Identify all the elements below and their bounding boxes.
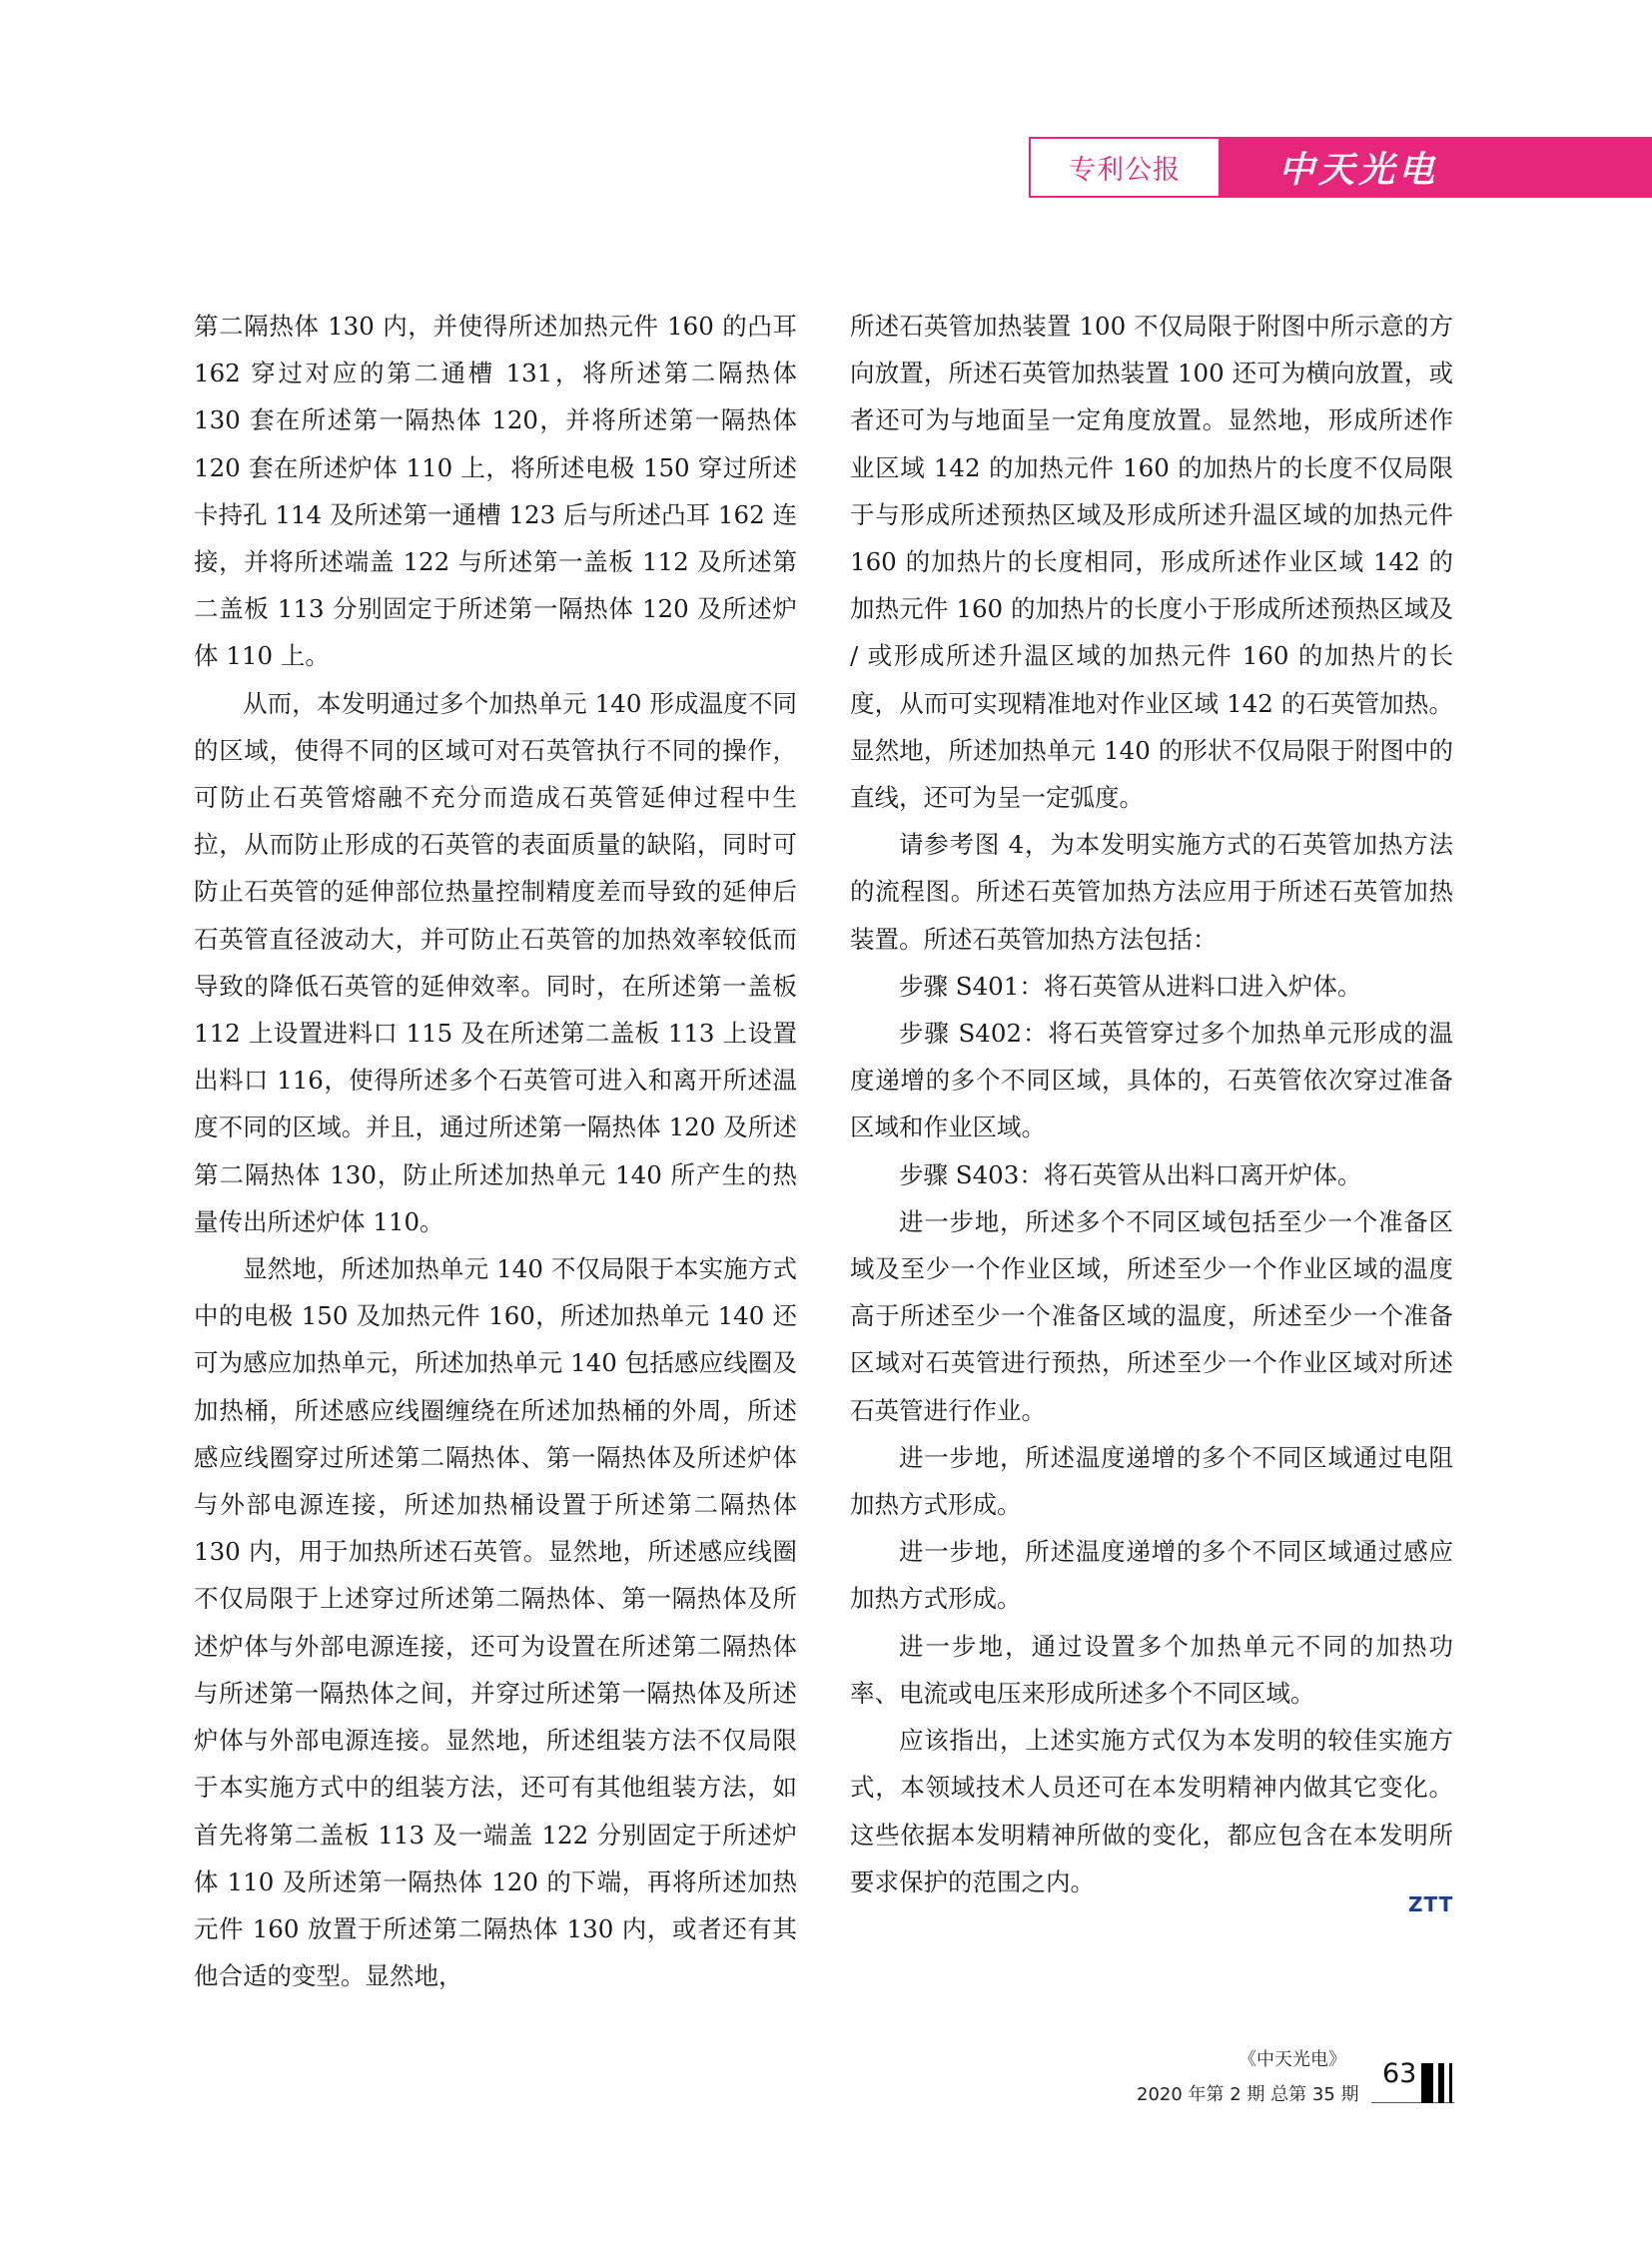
paragraph: 从而，本发明通过多个加热单元 140 形成温度不同的区域，使得不同的区域可对石英…	[194, 680, 797, 1245]
step-s403: 步骤 S403：将石英管从出料口离开炉体。	[850, 1151, 1453, 1198]
paragraph: 应该指出，上述实施方式仅为本发明的较佳实施方式，本领域技术人员还可在本发明精神内…	[850, 1717, 1453, 1905]
section-label-box: 专利公报	[1029, 137, 1221, 198]
ztt-end-mark-icon: ZTT	[1408, 1892, 1453, 1916]
step-s402: 步骤 S402：将石英管穿过多个加热单元形成的温度递增的多个不同区域，具体的，石…	[850, 1010, 1453, 1151]
left-column: 第二隔热体 130 内，并使得所述加热元件 160 的凸耳 162 穿过对应的第…	[194, 303, 797, 1999]
step-s401: 步骤 S401：将石英管从进料口进入炉体。	[850, 963, 1453, 1010]
footer-journal-name: 《中天光电》	[1239, 2045, 1346, 2071]
paragraph: 进一步地，所述多个不同区域包括至少一个准备区域及至少一个作业区域，所述至少一个作…	[850, 1198, 1453, 1434]
page-bar-decoration-icon	[1438, 2063, 1444, 2103]
paragraph: 请参考图 4，为本发明实施方式的石英管加热方法的流程图。所述石英管加热方法应用于…	[850, 821, 1453, 963]
page-bar-decoration-icon	[1449, 2063, 1452, 2103]
paragraph: 所述石英管加热装置 100 不仅局限于附图中所示意的方向放置，所述石英管加热装置…	[850, 303, 1453, 821]
section-label: 专利公报	[1069, 148, 1181, 187]
paragraph: 进一步地，所述温度递增的多个不同区域通过电阻加热方式形成。	[850, 1434, 1453, 1528]
footer-issue-info: 2020 年第 2 期 总第 35 期	[1137, 2080, 1359, 2106]
brand-logo-text: 中天光电	[1278, 142, 1438, 193]
brand-band: 中天光电	[1221, 137, 1652, 198]
right-column: 所述石英管加热装置 100 不仅局限于附图中所示意的方向放置，所述石英管加热装置…	[850, 303, 1453, 1905]
paragraph: 第二隔热体 130 内，并使得所述加热元件 160 的凸耳 162 穿过对应的第…	[194, 303, 797, 680]
paragraph: 显然地，所述加热单元 140 不仅局限于本实施方式中的电极 150 及加热元件 …	[194, 1245, 797, 1999]
paragraph: 进一步地，通过设置多个加热单元不同的加热功率、电流或电压来形成所述多个不同区域。	[850, 1623, 1453, 1717]
page-bar-decoration-icon	[1421, 2063, 1433, 2103]
page-number: 63	[1382, 2058, 1416, 2089]
paragraph: 进一步地，所述温度递增的多个不同区域通过感应加热方式形成。	[850, 1528, 1453, 1622]
